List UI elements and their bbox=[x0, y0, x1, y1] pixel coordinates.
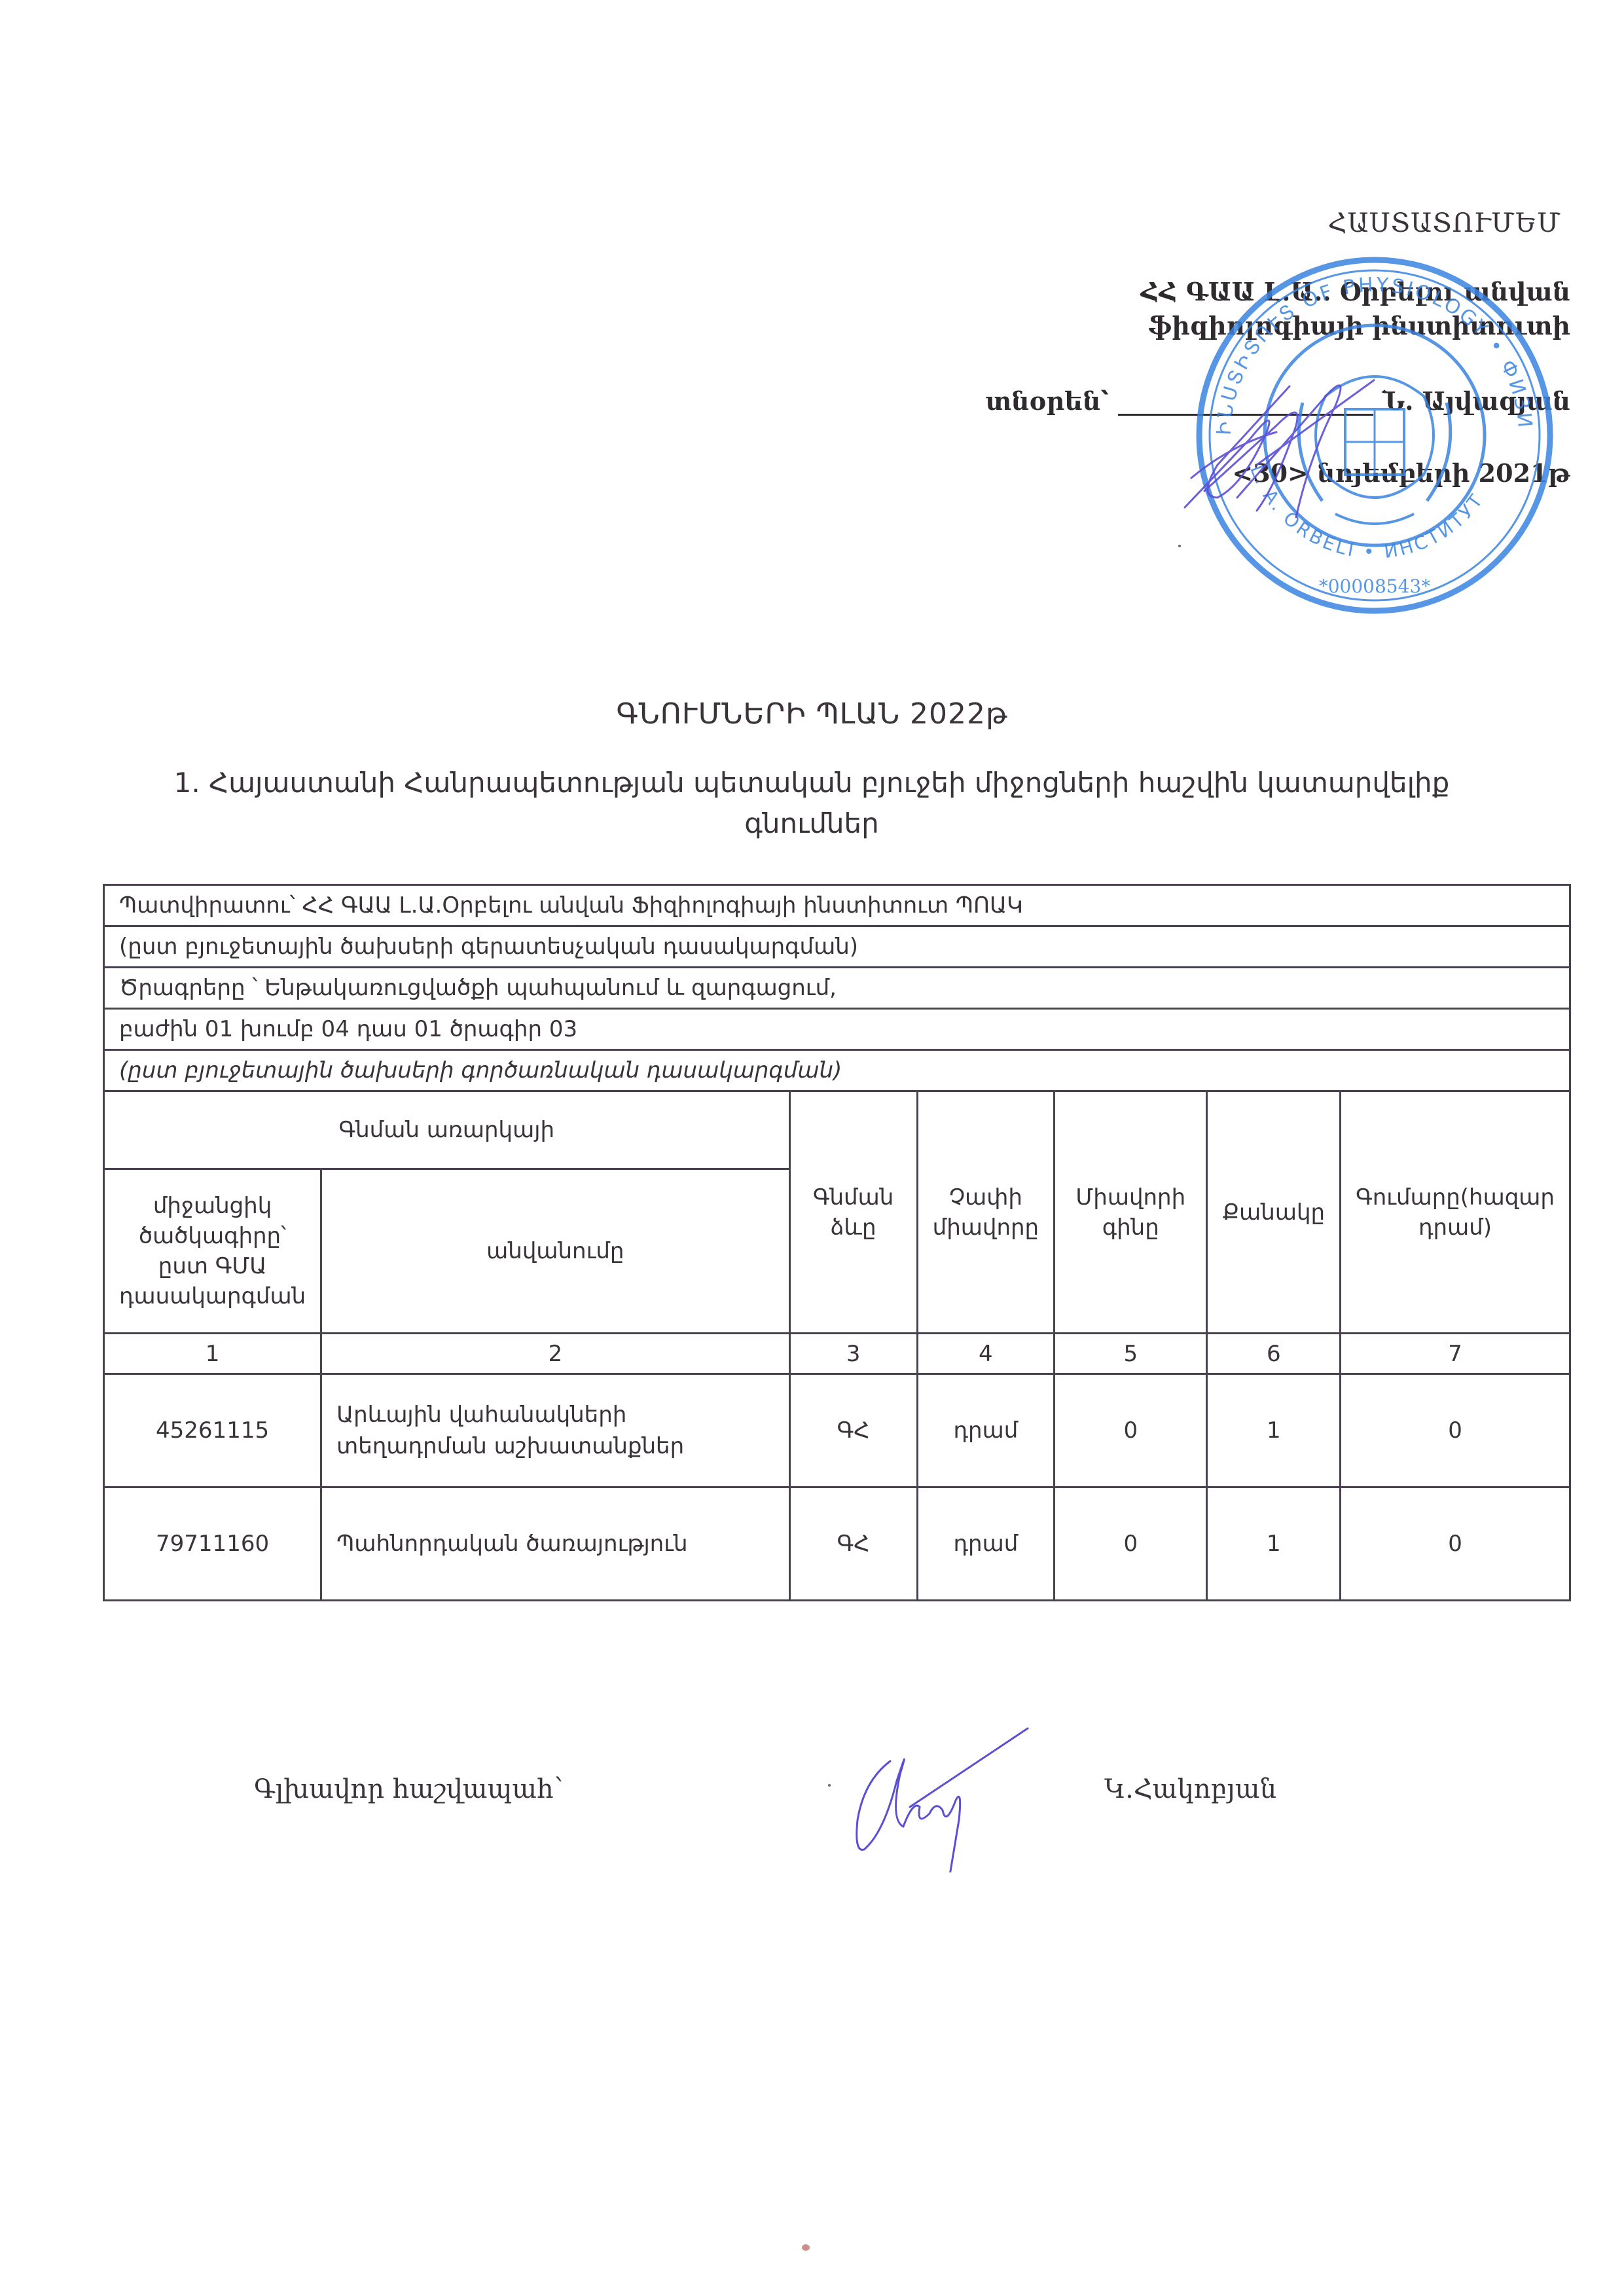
budget-code-row: բաժին 01 խումբ 04 դաս 01 ծրագիր 03 bbox=[104, 1009, 1570, 1050]
unit-of-measure: դրամ bbox=[917, 1374, 1054, 1487]
column-header-amount: Գումարը(հազար դրամ) bbox=[1341, 1091, 1570, 1334]
column-header-unit-price: Միավորի գինը bbox=[1055, 1091, 1207, 1334]
column-number: 5 bbox=[1055, 1334, 1207, 1374]
procurement-table: Պատվիրատու՝ ՀՀ ԳԱԱ Լ.Ա.Օրբելու անվան Ֆիզ… bbox=[103, 884, 1571, 1601]
plan-title: ԳՆՈՒՄՆԵՐԻ ՊԼԱՆ 2022թ bbox=[0, 697, 1624, 731]
quantity: 1 bbox=[1207, 1487, 1341, 1601]
chief-accountant-label: Գլխավոր հաշվապահ՝ bbox=[254, 1774, 563, 1804]
amount: 0 bbox=[1341, 1374, 1570, 1487]
column-header-name: անվանումը bbox=[321, 1169, 789, 1334]
svg-text:*00008543*: *00008543* bbox=[1319, 575, 1431, 597]
unit-price: 0 bbox=[1055, 1374, 1207, 1487]
section-title: 1. Հայաստանի Հանրապետության պետական բյու… bbox=[157, 763, 1466, 844]
table-row: 79711160 Պահնորդական ծառայություն ԳՀ դրա… bbox=[104, 1487, 1570, 1601]
chief-accountant-name: Կ.Հակոբյան bbox=[1104, 1774, 1276, 1804]
unit-of-measure: դրամ bbox=[917, 1487, 1054, 1601]
column-number: 1 bbox=[104, 1334, 321, 1374]
customer-row: Պատվիրատու՝ ՀՀ ԳԱԱ Լ.Ա.Օրբելու անվան Ֆիզ… bbox=[104, 885, 1570, 926]
column-header-cpv-code: միջանցիկ ծածկագիրը՝ ըստ ԳՄԱ դասակարգման bbox=[104, 1169, 321, 1334]
amount: 0 bbox=[1341, 1487, 1570, 1601]
cpv-code: 45261115 bbox=[104, 1374, 321, 1487]
column-number: 2 bbox=[321, 1334, 789, 1374]
column-header-unit: Չափի միավորը bbox=[917, 1091, 1054, 1334]
unit-price: 0 bbox=[1055, 1487, 1207, 1601]
programs-row: Ծրագրերը ՝ Ենթակառուցվածքի պահպանում և զ… bbox=[104, 968, 1570, 1009]
accountant-signature-icon bbox=[838, 1722, 1054, 1872]
column-number: 6 bbox=[1207, 1334, 1341, 1374]
table-row: 45261115 Արևային վահանակների տեղադրման ա… bbox=[104, 1374, 1570, 1487]
item-name: Պահնորդական ծառայություն bbox=[321, 1487, 789, 1601]
procurement-method: ԳՀ bbox=[789, 1374, 917, 1487]
column-header-quantity: Քանակը bbox=[1207, 1091, 1341, 1334]
functional-classification-note: (ըստ բյուջետային ծախսերի գործառնական դաս… bbox=[104, 1050, 1570, 1091]
ink-dot bbox=[828, 1784, 831, 1787]
ink-dot bbox=[1178, 545, 1181, 547]
approval-title: ՀԱՍՏԱՏՈՒՄԵՄ bbox=[1328, 208, 1561, 238]
quantity: 1 bbox=[1207, 1374, 1341, 1487]
column-header-method: Գնման ձևը bbox=[789, 1091, 917, 1334]
column-number-row: 1 2 3 4 5 6 7 bbox=[104, 1334, 1570, 1374]
director-label: տնօրեն՝ bbox=[986, 386, 1109, 416]
column-number: 3 bbox=[789, 1334, 917, 1374]
item-name: Արևային վահանակների տեղադրման աշխատանքնե… bbox=[321, 1374, 789, 1487]
procurement-subject-header: Գնման առարկայի bbox=[104, 1091, 790, 1169]
departmental-classification-note: (ըստ բյուջետային ծախսերի գերատեսչական դա… bbox=[104, 926, 1570, 968]
director-signature-icon bbox=[1178, 334, 1375, 524]
ink-stain bbox=[802, 2244, 810, 2251]
cpv-code: 79711160 bbox=[104, 1487, 321, 1601]
procurement-method: ԳՀ bbox=[789, 1487, 917, 1601]
column-number: 7 bbox=[1341, 1334, 1570, 1374]
column-number: 4 bbox=[917, 1334, 1054, 1374]
